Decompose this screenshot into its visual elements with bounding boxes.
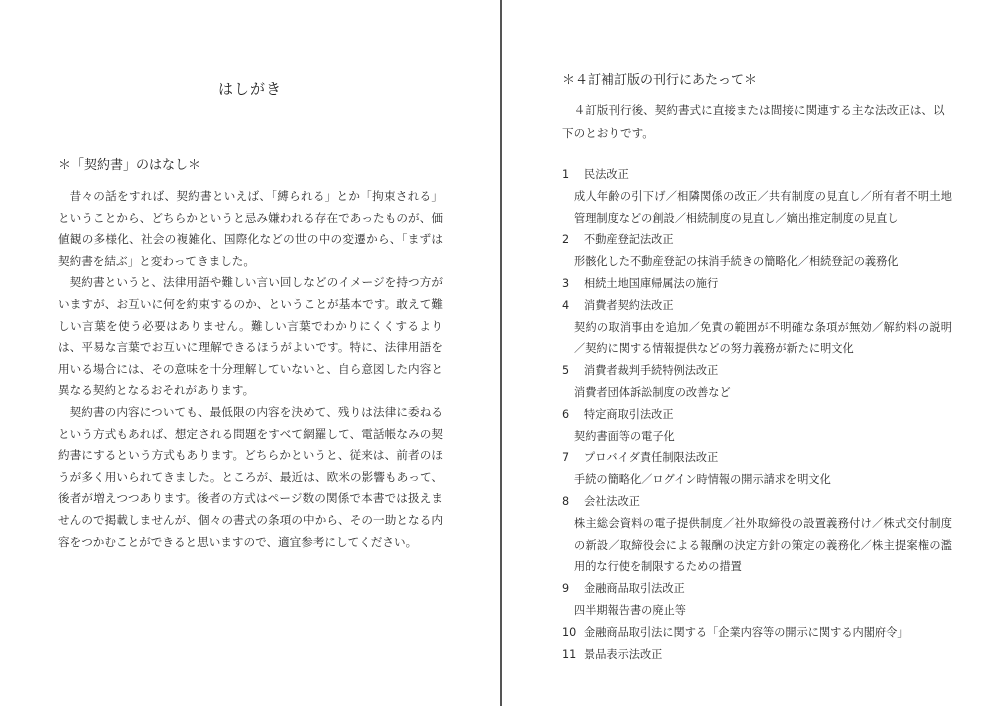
item-number: 9 [562, 578, 584, 600]
list-item: 3相続土地国庫帰属法の施行 [562, 273, 962, 295]
item-number: 8 [562, 491, 584, 513]
intro-text: ４訂版刊行後、契約書式に直接または間接に関連する主な法改正は、以下のとおりです。 [562, 99, 947, 145]
law-detail: 消費者団体訴訟制度の改善など [562, 382, 952, 404]
item-number: 2 [562, 229, 584, 251]
law-detail: 契約の取消事由を追加／免責の範囲が不明確な条項が無効／解約料の説明／契約に関する… [562, 317, 952, 361]
list-item: 5消費者裁判手続特例法改正消費者団体訴訟制度の改善など [562, 360, 962, 404]
list-item: 4消費者契約法改正契約の取消事由を追加／免責の範囲が不明確な条項が無効／解約料の… [562, 295, 962, 360]
law-name: 金融商品取引法改正 [584, 582, 685, 595]
law-detail: 株主総会資料の電子提供制度／社外取締役の設置義務付け／株式交付制度の新設／取締役… [562, 513, 952, 578]
item-number: 4 [562, 295, 584, 317]
law-name: 消費者裁判手続特例法改正 [584, 364, 718, 377]
list-item: 11景品表示法改正 [562, 644, 962, 666]
law-title: 2不動産登記法改正 [562, 229, 962, 251]
paragraph: 契約書というと、法律用語や難しい言い回しなどのイメージを持つ方がいますが、お互い… [58, 272, 443, 402]
list-item: 6特定商取引法改正契約書面等の電子化 [562, 404, 962, 448]
law-title: 7プロバイダ責任制限法改正 [562, 447, 962, 469]
item-number: 7 [562, 447, 584, 469]
law-detail: 契約書面等の電子化 [562, 426, 952, 448]
law-title: 11景品表示法改正 [562, 644, 962, 666]
law-change-list: 1民法改正成人年齢の引下げ／相隣関係の改正／共有制度の見直し／所有者不明土地管理… [562, 164, 962, 665]
law-name: 会社法改正 [584, 495, 640, 508]
paragraph: ４訂版刊行後、契約書式に直接または間接に関連する主な法改正は、以下のとおりです。 [562, 99, 947, 145]
law-detail: 手続の簡略化／ログイン時情報の開示請求を明文化 [562, 469, 952, 491]
section-heading-revised-edition: ＊４訂補訂版の刊行にあたって＊ [562, 69, 757, 88]
law-detail: 形骸化した不動産登記の抹消手続きの簡略化／相続登記の義務化 [562, 251, 952, 273]
left-page: はしがき ＊「契約書」のはなし＊ 昔々の話をすれば、契約書といえば、「縛られる」… [0, 0, 500, 706]
law-title: 5消費者裁判手続特例法改正 [562, 360, 962, 382]
right-page: ＊４訂補訂版の刊行にあたって＊ ４訂版刊行後、契約書式に直接または間接に関連する… [502, 0, 1000, 706]
book-spread: はしがき ＊「契約書」のはなし＊ 昔々の話をすれば、契約書といえば、「縛られる」… [0, 0, 1000, 706]
law-title: 9金融商品取引法改正 [562, 578, 962, 600]
law-name: 不動産登記法改正 [584, 233, 674, 246]
section-heading-contract-story: ＊「契約書」のはなし＊ [58, 154, 201, 173]
list-item: 10金融商品取引法に関する「企業内容等の開示に関する内閣府令」 [562, 622, 962, 644]
law-title: 1民法改正 [562, 164, 962, 186]
item-number: 10 [562, 622, 584, 644]
law-detail: 成人年齢の引下げ／相隣関係の改正／共有制度の見直し／所有者不明土地管理制度などの… [562, 186, 952, 230]
law-title: 6特定商取引法改正 [562, 404, 962, 426]
item-number: 5 [562, 360, 584, 382]
paragraph: 昔々の話をすれば、契約書といえば、「縛られる」とか「拘束される」ということから、… [58, 186, 443, 272]
law-title: 4消費者契約法改正 [562, 295, 962, 317]
law-name: プロバイダ責任制限法改正 [584, 451, 718, 464]
page-title: はしがき [0, 78, 500, 99]
preface-body: 昔々の話をすれば、契約書といえば、「縛られる」とか「拘束される」ということから、… [58, 186, 443, 553]
law-title: 3相続土地国庫帰属法の施行 [562, 273, 962, 295]
law-name: 金融商品取引法に関する「企業内容等の開示に関する内閣府令」 [584, 626, 908, 639]
list-item: 9金融商品取引法改正四半期報告書の廃止等 [562, 578, 962, 622]
law-name: 相続土地国庫帰属法の施行 [584, 277, 718, 290]
list-item: 8会社法改正株主総会資料の電子提供制度／社外取締役の設置義務付け／株式交付制度の… [562, 491, 962, 578]
list-item: 1民法改正成人年齢の引下げ／相隣関係の改正／共有制度の見直し／所有者不明土地管理… [562, 164, 962, 229]
law-name: 特定商取引法改正 [584, 408, 674, 421]
law-title: 10金融商品取引法に関する「企業内容等の開示に関する内閣府令」 [562, 622, 962, 644]
item-number: 11 [562, 644, 584, 666]
item-number: 6 [562, 404, 584, 426]
list-item: 2不動産登記法改正形骸化した不動産登記の抹消手続きの簡略化／相続登記の義務化 [562, 229, 962, 273]
law-name: 民法改正 [584, 168, 629, 181]
item-number: 1 [562, 164, 584, 186]
item-number: 3 [562, 273, 584, 295]
paragraph: 契約書の内容についても、最低限の内容を決めて、残りは法律に委ねるという方式もあれ… [58, 402, 443, 553]
law-name: 消費者契約法改正 [584, 299, 674, 312]
law-detail: 四半期報告書の廃止等 [562, 600, 952, 622]
list-item: 7プロバイダ責任制限法改正手続の簡略化／ログイン時情報の開示請求を明文化 [562, 447, 962, 491]
law-title: 8会社法改正 [562, 491, 962, 513]
law-name: 景品表示法改正 [584, 648, 662, 661]
